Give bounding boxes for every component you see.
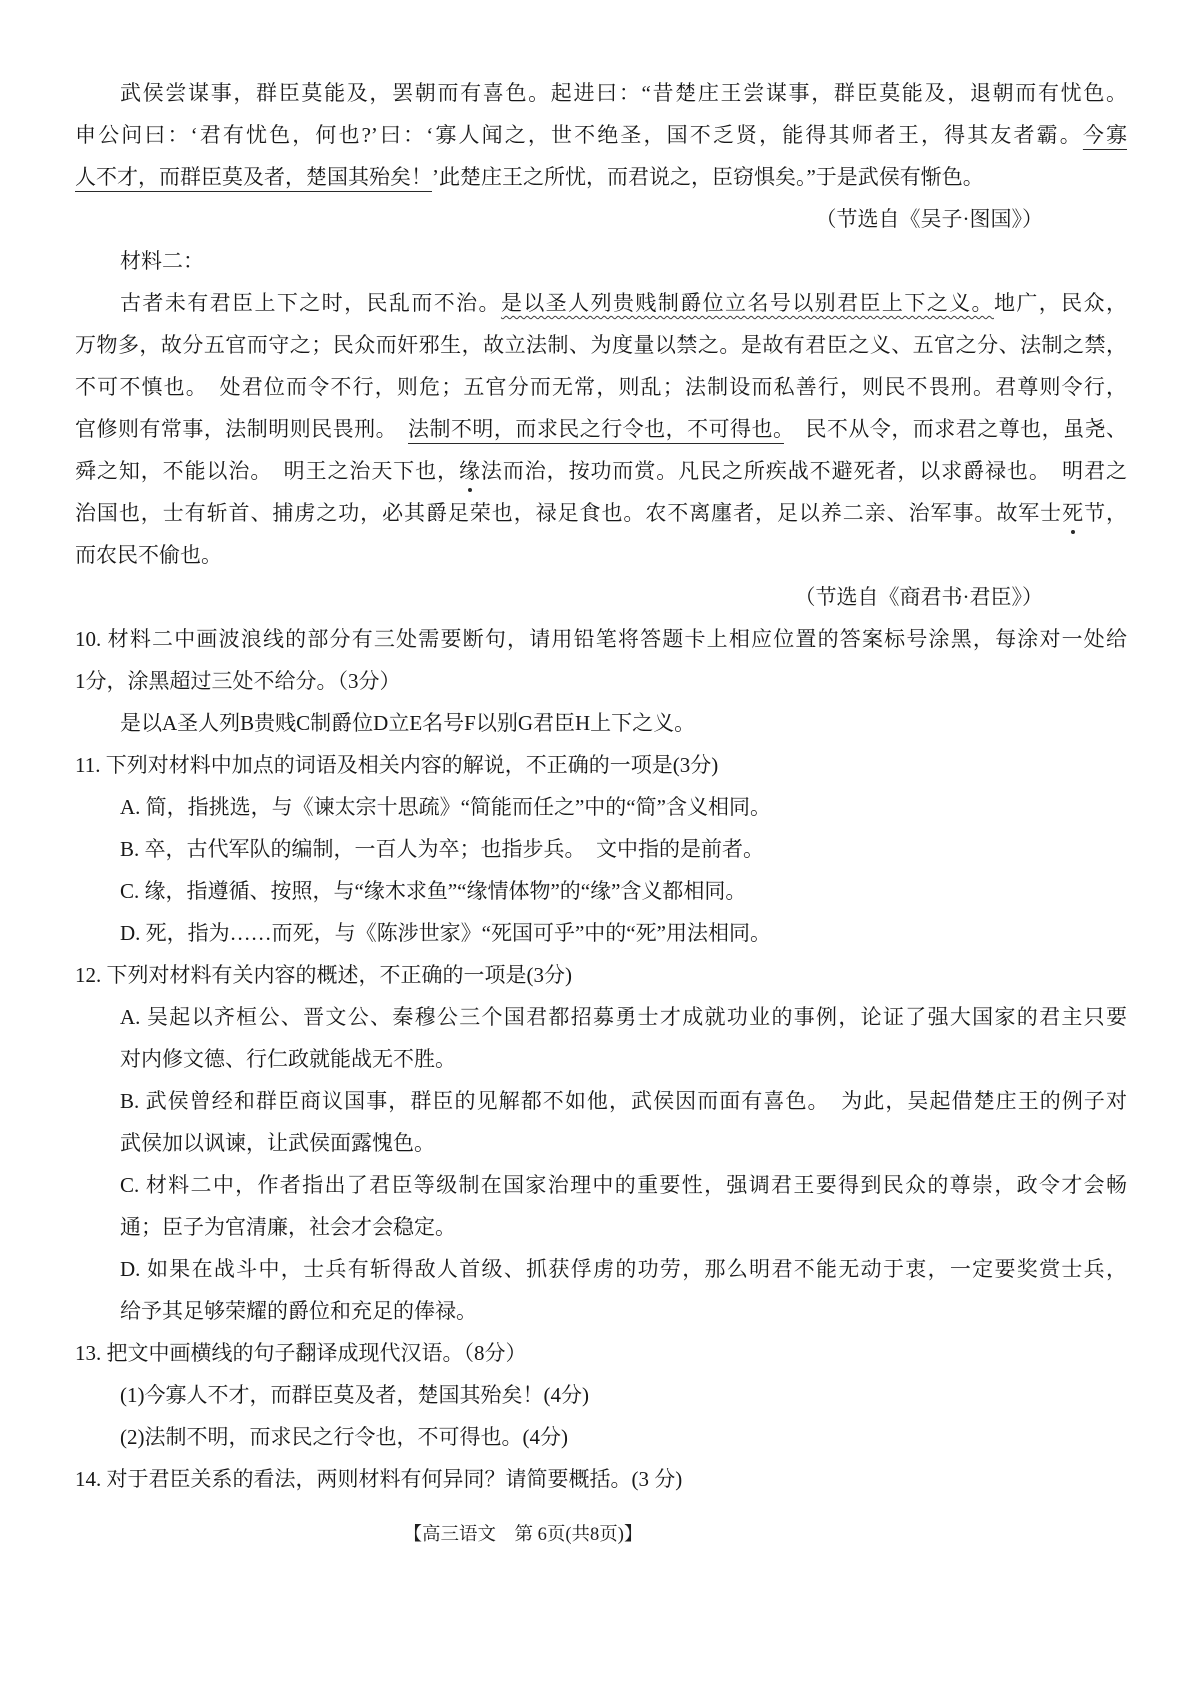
question-12-option-a-line-1: A. 吴起以齐桓公、晋文公、秦穆公三个国君都招募勇士才成就功业的事例，论证了强大… xyxy=(120,996,1127,1038)
text-segment: A. 简，指挑选，与《谏太宗十思疏》“简能而任之”中的“简”含义相同。 xyxy=(120,795,771,819)
question-13-stem: 13. 把文中画横线的句子翻译成现代汉语。（8分） xyxy=(75,1332,1127,1374)
material-1-passage: 武侯尝谋事，群臣莫能及，罢朝而有喜色。起进曰：“昔楚庄王尝谋事，群臣莫能及，退朝… xyxy=(75,72,1127,240)
question-12-option-b-line-1: B. 武侯曾经和群臣商议国事，群臣的见解都不如他，武侯因而面有喜色。 为此，吴起… xyxy=(120,1080,1127,1122)
question-11-option-b: B. 卒，古代军队的编制，一百人为卒；也指步兵。 文中指的是前者。 xyxy=(120,828,1127,870)
text-segment: 1分，涂黑超过三处不给分。（3分） xyxy=(75,669,401,693)
questions-section: 10. 材料二中画波浪线的部分有三处需要断句，请用铅笔将答题卡上相应位置的答案标… xyxy=(75,618,1127,1500)
text-segment: 万物多，故分五官而守之；民众而奸邪生，故立法制、为度量以禁之。是故有君臣之义、五… xyxy=(75,333,1127,357)
text-segment: 舜之知，不能以治。 明王之治天下也， xyxy=(75,459,459,483)
text-segment: 给予其足够荣耀的爵位和充足的俸禄。 xyxy=(120,1299,477,1323)
text-segment: 武侯尝谋事，群臣莫能及，罢朝而有喜色。起进曰：“昔楚庄王尝谋事，群臣莫能及，退朝… xyxy=(120,81,1127,105)
text-segment: 地广，民众， xyxy=(994,291,1127,315)
text-segment: 不可不慎也。 处君位而令不行，则危；五官分而无常，则乱；法制设而私善行，则民不畏… xyxy=(75,375,1127,399)
text-segment: C. 缘，指遵循、按照，与“缘木求鱼”“缘情体物”的“缘”含义都相同。 xyxy=(120,879,746,903)
text-segment: 官修则有常事，法制明则民畏刑。 xyxy=(75,417,408,441)
questions-lines: 10. 材料二中画波浪线的部分有三处需要断句，请用铅笔将答题卡上相应位置的答案标… xyxy=(75,618,1127,1500)
text-segment: 14. 对于君臣关系的看法，两则材料有何异同？请简要概括。(3 分) xyxy=(75,1467,682,1491)
material-2-passage: 材料二： 古者未有君臣上下之时，民乱而不治。是以圣人列贵贱制爵位立名号以别君臣上… xyxy=(75,240,1127,618)
material-2-source: （节选自《商君书·君臣》） xyxy=(75,576,1127,618)
text-segment: 民不从令，而求君之尊也，虽尧、 xyxy=(784,417,1127,441)
emphasis-dot-char: 缘 xyxy=(459,459,481,483)
material2-line-4: 官修则有常事，法制明则民畏刑。 法制不明，而求民之行令也，不可得也。 民不从令，… xyxy=(75,408,1127,450)
question-13-sub-2: (2)法制不明，而求民之行令也，不可得也。(4分) xyxy=(120,1416,1127,1458)
page-footer: 【高三语文 第 6页(共8页)】 xyxy=(0,1514,1049,1556)
text-segment: A. 吴起以齐桓公、晋文公、秦穆公三个国君都招募勇士才成就功业的事例，论证了强大… xyxy=(120,1005,1127,1029)
question-12-option-a-line-2: 对内修文德、行仁政就能战无不胜。 xyxy=(120,1038,1127,1080)
question-11-stem: 11. 下列对材料中加点的词语及相关内容的解说，不正确的一项是(3分) xyxy=(75,744,1127,786)
underlined-text: 人不才，而群臣莫及者，楚国其殆矣！ xyxy=(75,165,432,189)
question-11-option-d: D. 死，指为……而死，与《陈涉世家》“死国可乎”中的“死”用法相同。 xyxy=(120,912,1127,954)
material2-line-1: 古者未有君臣上下之时，民乱而不治。是以圣人列贵贱制爵位立名号以别君臣上下之义。地… xyxy=(120,282,1127,324)
text-segment: B. 卒，古代军队的编制，一百人为卒；也指步兵。 文中指的是前者。 xyxy=(120,837,764,861)
text-segment: C. 材料二中，作者指出了君臣等级制在国家治理中的重要性，强调君王要得到民众的尊… xyxy=(120,1173,1127,1197)
underlined-text: 今寡 xyxy=(1083,123,1127,147)
text-segment: (1)今寡人不才，而群臣莫及者，楚国其殆矣！(4分) xyxy=(120,1383,589,1407)
question-10-sentence: 是以A圣人列B贵贱C制爵位D立E名号F以别G君臣H上下之义。 xyxy=(120,702,1127,744)
material1-line-2: 申公问曰：‘君有忧色，何也?’曰：‘寡人闻之，世不绝圣，国不乏贤，能得其师者王，… xyxy=(75,114,1127,156)
material2-line-6: 治国也，士有斩首、捕虏之功，必其爵足荣也，禄足食也。农不离廛者，足以养二亲、治军… xyxy=(75,492,1127,534)
exam-page: 武侯尝谋事，群臣莫能及，罢朝而有喜色。起进曰：“昔楚庄王尝谋事，群臣莫能及，退朝… xyxy=(0,0,1200,1699)
text-segment: 古者未有君臣上下之时，民乱而不治。 xyxy=(120,291,501,315)
question-11-option-a: A. 简，指挑选，与《谏太宗十思疏》“简能而任之”中的“简”含义相同。 xyxy=(120,786,1127,828)
material2-line-7: 而农民不偷也。 xyxy=(75,534,1127,576)
text-segment: 对内修文德、行仁政就能战无不胜。 xyxy=(120,1047,456,1071)
text-segment: 法而治，按功而赏。凡民之所疾战不避死者，以求爵禄也。 明君之 xyxy=(481,459,1127,483)
text-segment: 11. 下列对材料中加点的词语及相关内容的解说，不正确的一项是(3分) xyxy=(75,753,718,777)
text-segment: 治国也，士有斩首、捕虏之功，必其爵足荣也，禄足食也。农不离廛者，足以养二亲、治军… xyxy=(75,501,1062,525)
question-14-stem: 14. 对于君臣关系的看法，两则材料有何异同？请简要概括。(3 分) xyxy=(75,1458,1127,1500)
material-1-lines: 武侯尝谋事，群臣莫能及，罢朝而有喜色。起进曰：“昔楚庄王尝谋事，群臣莫能及，退朝… xyxy=(75,72,1127,198)
underlined-text: 法制不明，而求民之行令也，不可得也。 xyxy=(408,417,784,441)
text-segment: 申公问曰：‘君有忧色，何也?’曰：‘寡人闻之，世不绝圣，国不乏贤，能得其师者王，… xyxy=(75,123,1083,147)
emphasis-dot-char: 死 xyxy=(1062,501,1084,525)
text-segment: B. 武侯曾经和群臣商议国事，群臣的见解都不如他，武侯因而面有喜色。 为此，吴起… xyxy=(120,1089,1127,1113)
text-segment: 通；臣子为官清廉，社会才会稳定。 xyxy=(120,1215,456,1239)
text-segment: ’此楚庄王之所忧，而君说之，臣窃惧矣。”于是武侯有惭色。 xyxy=(432,165,984,189)
material-1-source: （节选自《吴子·图国》） xyxy=(75,198,1127,240)
text-segment: 武侯加以讽谏，让武侯面露愧色。 xyxy=(120,1131,435,1155)
text-segment: 节， xyxy=(1084,501,1127,525)
question-12-option-d-line-2: 给予其足够荣耀的爵位和充足的俸禄。 xyxy=(120,1290,1127,1332)
question-10-line-2: 1分，涂黑超过三处不给分。（3分） xyxy=(75,660,1127,702)
question-12-option-c-line-1: C. 材料二中，作者指出了君臣等级制在国家治理中的重要性，强调君王要得到民众的尊… xyxy=(120,1164,1127,1206)
wavy-underlined-text: 是以圣人列贵贱制爵位立名号以别君臣上下之义。 xyxy=(501,291,994,315)
material2-line-2: 万物多，故分五官而守之；民众而奸邪生，故立法制、为度量以禁之。是故有君臣之义、五… xyxy=(75,324,1127,366)
question-10-line-1: 10. 材料二中画波浪线的部分有三处需要断句，请用铅笔将答题卡上相应位置的答案标… xyxy=(75,618,1127,660)
text-segment: 是以A圣人列B贵贱C制爵位D立E名号F以别G君臣H上下之义。 xyxy=(120,711,695,735)
page-number-label: 【高三语文 第 6页(共8页)】 xyxy=(404,1525,643,1545)
text-segment: D. 死，指为……而死，与《陈涉世家》“死国可乎”中的“死”用法相同。 xyxy=(120,921,771,945)
text-segment: 12. 下列对材料有关内容的概述，不正确的一项是(3分) xyxy=(75,963,572,987)
text-segment: 而农民不偷也。 xyxy=(75,543,222,567)
material2-line-3: 不可不慎也。 处君位而令不行，则危；五官分而无常，则乱；法制设而私善行，则民不畏… xyxy=(75,366,1127,408)
material-2-label: 材料二： xyxy=(120,240,1127,282)
text-segment: 10. 材料二中画波浪线的部分有三处需要断句，请用铅笔将答题卡上相应位置的答案标… xyxy=(75,627,1127,651)
question-12-option-d-line-1: D. 如果在战斗中，士兵有斩得敌人首级、抓获俘虏的功劳，那么明君不能无动于衷，一… xyxy=(120,1248,1127,1290)
question-13-sub-1: (1)今寡人不才，而群臣莫及者，楚国其殆矣！(4分) xyxy=(120,1374,1127,1416)
question-12-option-b-line-2: 武侯加以讽谏，让武侯面露愧色。 xyxy=(120,1122,1127,1164)
text-segment: D. 如果在战斗中，士兵有斩得敌人首级、抓获俘虏的功劳，那么明君不能无动于衷，一… xyxy=(120,1257,1127,1281)
question-11-option-c: C. 缘，指遵循、按照，与“缘木求鱼”“缘情体物”的“缘”含义都相同。 xyxy=(120,870,1127,912)
material1-line-3: 人不才，而群臣莫及者，楚国其殆矣！’此楚庄王之所忧，而君说之，臣窃惧矣。”于是武… xyxy=(75,156,1127,198)
text-segment: 13. 把文中画横线的句子翻译成现代汉语。（8分） xyxy=(75,1341,527,1365)
material2-line-5: 舜之知，不能以治。 明王之治天下也，缘法而治，按功而赏。凡民之所疾战不避死者，以… xyxy=(75,450,1127,492)
question-12-option-c-line-2: 通；臣子为官清廉，社会才会稳定。 xyxy=(120,1206,1127,1248)
material1-line-1: 武侯尝谋事，群臣莫能及，罢朝而有喜色。起进曰：“昔楚庄王尝谋事，群臣莫能及，退朝… xyxy=(120,72,1127,114)
question-12-stem: 12. 下列对材料有关内容的概述，不正确的一项是(3分) xyxy=(75,954,1127,996)
text-segment: (2)法制不明，而求民之行令也，不可得也。(4分) xyxy=(120,1425,568,1449)
material-2-lines: 古者未有君臣上下之时，民乱而不治。是以圣人列贵贱制爵位立名号以别君臣上下之义。地… xyxy=(75,282,1127,576)
